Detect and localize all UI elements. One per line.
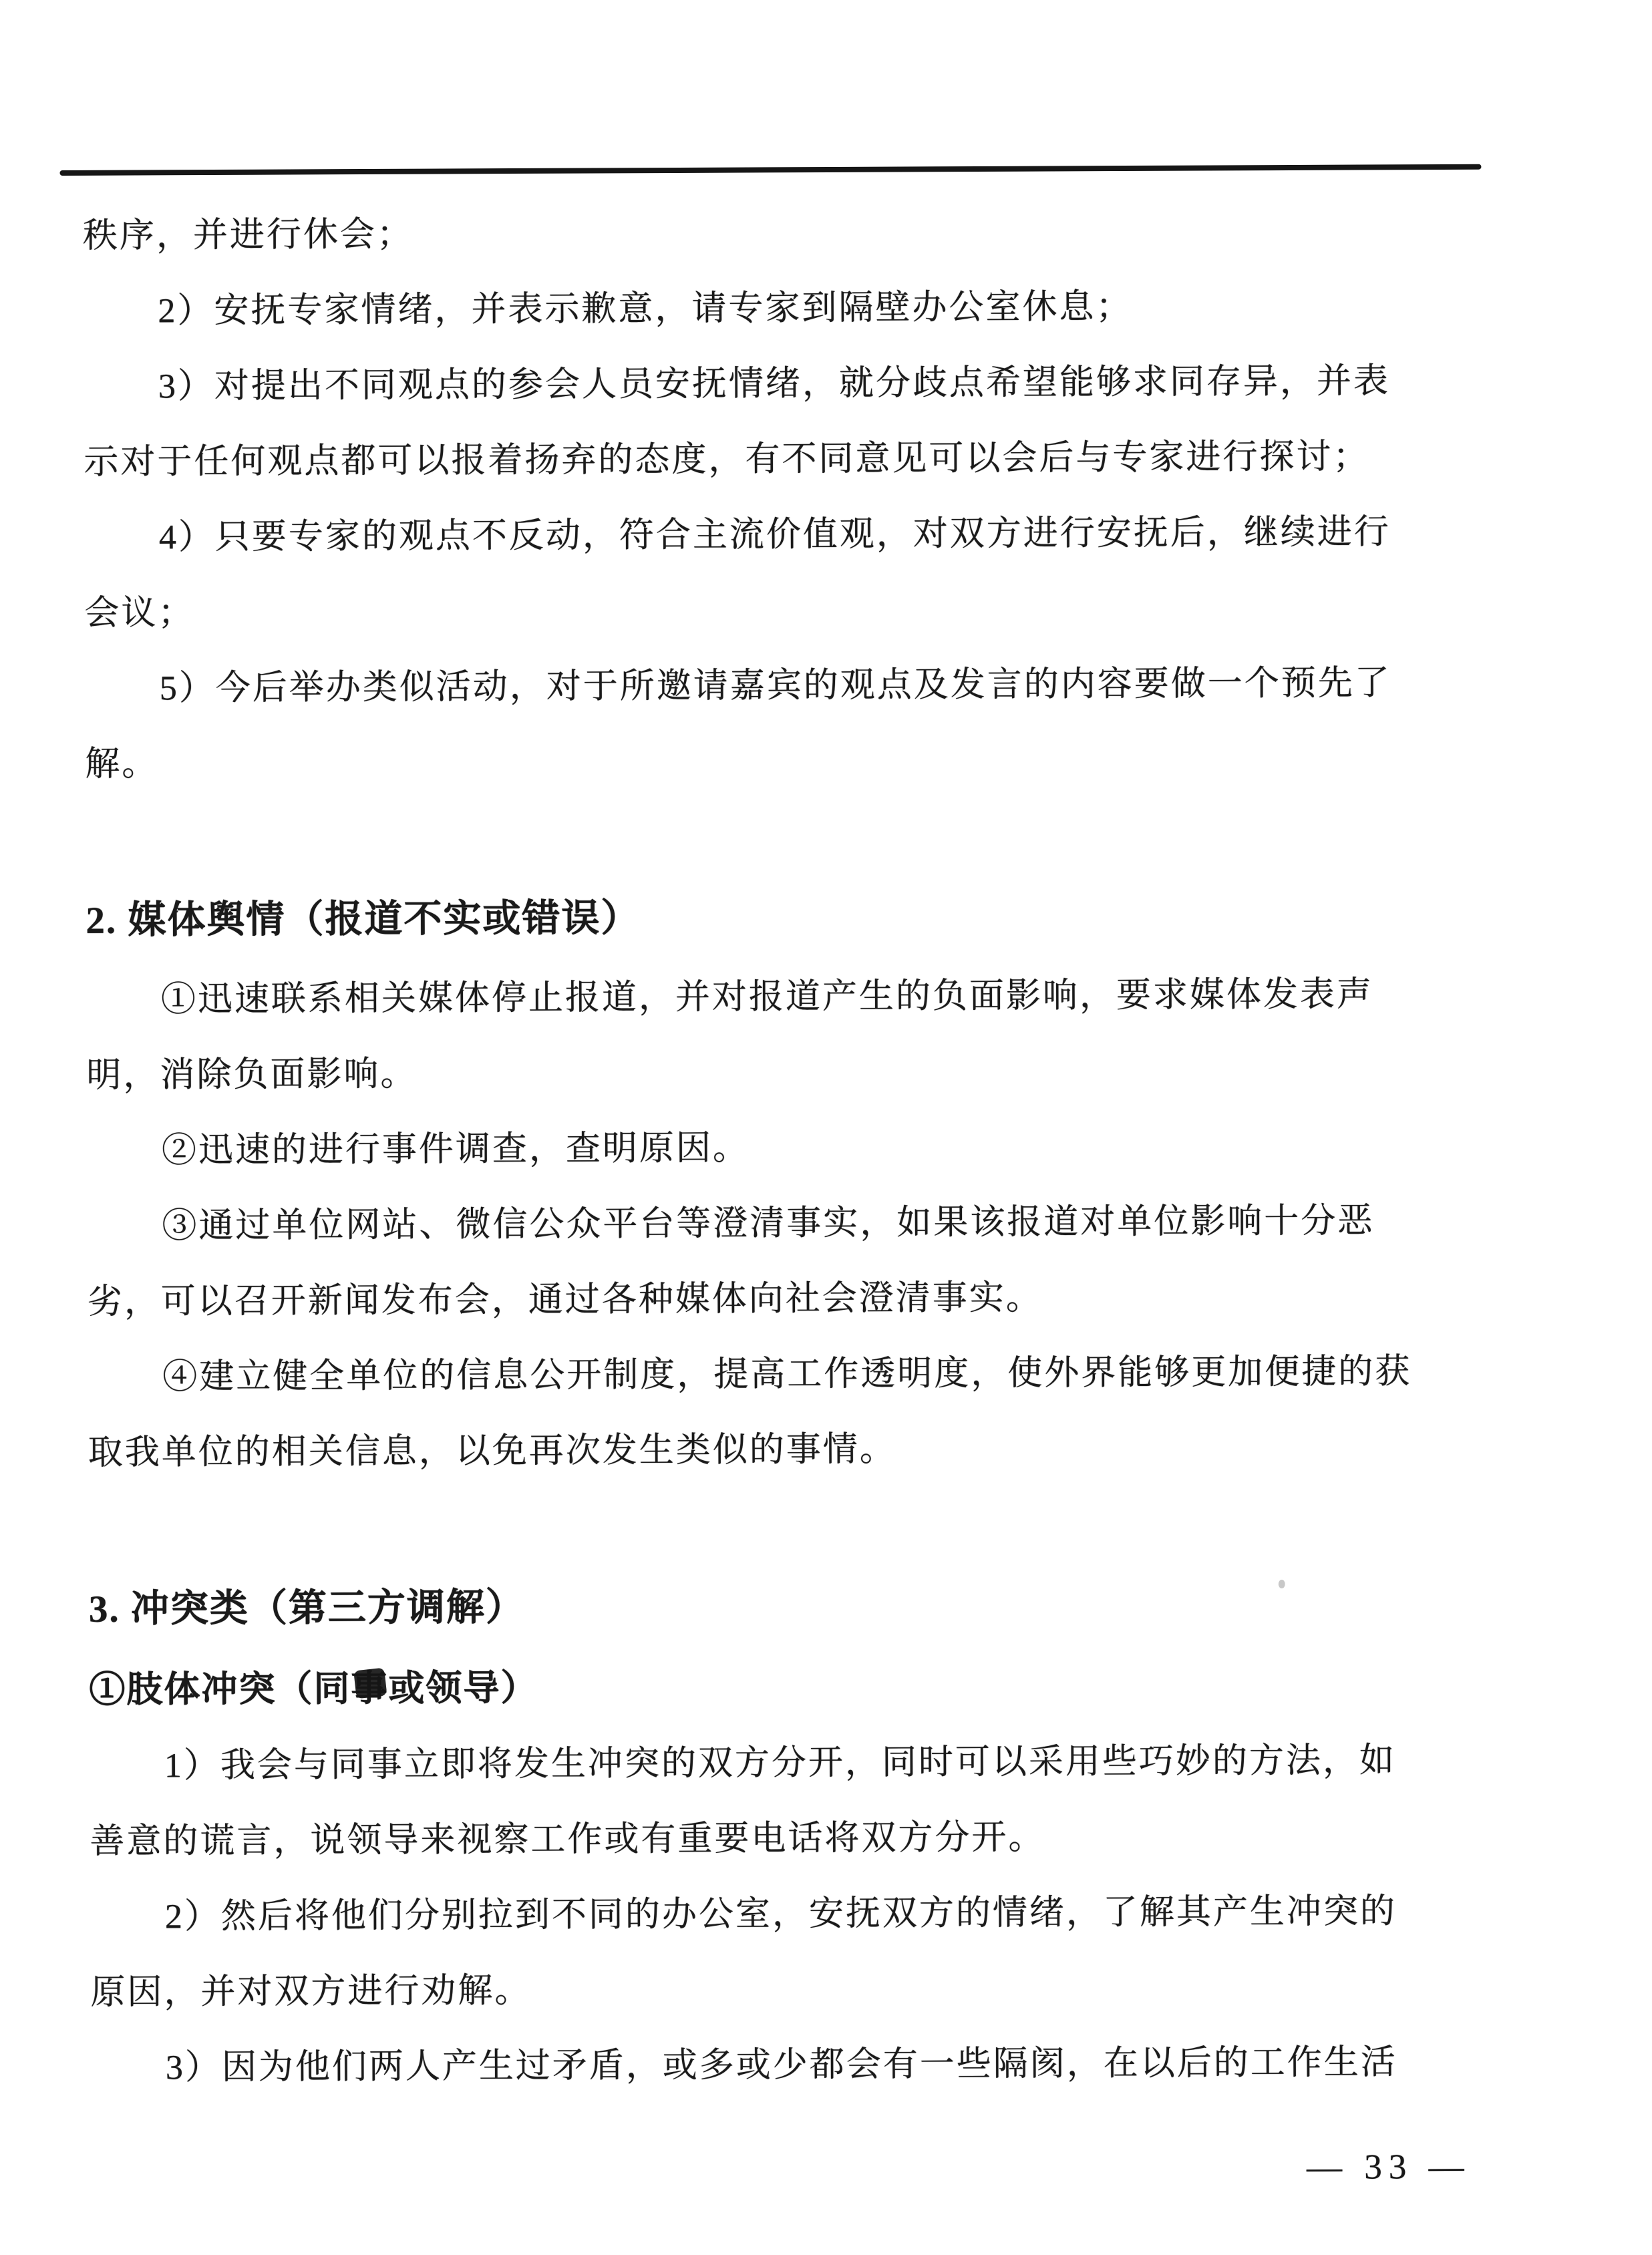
text-line: 取我单位的相关信息，以免再次发生类似的事情。 — [88, 1409, 1531, 1490]
text-line: 3）因为他们两人产生过矛盾，或多或少都会有一些隔阂，在以后的工作生活 — [91, 2024, 1534, 2105]
text-line: ②迅速的进行事件调查，查明原因。 — [87, 1107, 1530, 1188]
scan-speck — [1279, 1580, 1285, 1588]
text-line: 示对于任何观点都可以报着扬弃的态度，有不同意见可以会后与专家进行探讨； — [84, 418, 1526, 500]
text-line: ④建立健全单位的信息公开制度，提高工作透明度，使外界能够更加便捷的获 — [88, 1333, 1530, 1415]
text-line: ③通过单位网站、微信公众平台等澄清事实，如果该报道对单位影响十分恶 — [87, 1182, 1530, 1264]
header-rule — [59, 164, 1481, 176]
ink-blob-artifact — [353, 1668, 387, 1699]
text-line: 会议； — [84, 569, 1527, 651]
section-heading-media: 2. 媒体舆情（报道不实或错误） — [86, 873, 1529, 962]
text-line: ①迅速联系相关媒体停止报道，并对报道产生的负面影响，要求媒体发表声 — [86, 956, 1529, 1037]
text-line: 1）我会与同事立即将发生冲突的双方分开，同时可以采用些巧妙的方法，如 — [90, 1722, 1532, 1803]
subheading-physical-conflict: ①肢体冲突（同事或领导） — [89, 1644, 1532, 1728]
text-line: 劣，可以召开新闻发布会，通过各种媒体向社会澄清事实。 — [88, 1258, 1530, 1339]
text-line: 秩序，并进行休会； — [83, 192, 1526, 273]
page-number: — 33 — — [1307, 2147, 1471, 2188]
scan-skew-wrapper: 秩序，并进行休会； 2）安抚专家情绪，并表示歉意，请专家到隔壁办公室休息； 3）… — [0, 0, 1652, 2255]
text-line: 2）然后将他们分别拉到不同的办公室，安抚双方的情绪，了解其产生冲突的 — [90, 1873, 1533, 1954]
text-line: 明，消除负面影响。 — [86, 1031, 1529, 1113]
text-line: 3）对提出不同观点的参会人员安抚情绪，就分歧点希望能够求同存异，并表 — [84, 343, 1526, 424]
text-line: 善意的谎言，说领导来视察工作或有重要电话将双方分开。 — [90, 1797, 1532, 1879]
text-line: 4）只要专家的观点不反动，符合主流价值观，对双方进行安抚后，继续进行 — [84, 494, 1527, 575]
scanned-document-page: 秩序，并进行休会； 2）安抚专家情绪，并表示歉意，请专家到隔壁办公室休息； 3）… — [0, 0, 1652, 2255]
text-line: 2）安抚专家情绪，并表示歉意，请专家到隔壁办公室休息； — [83, 267, 1526, 349]
text-line: 解。 — [85, 720, 1528, 802]
text-line: 5）今后举办类似活动，对于所邀请嘉宾的观点及发言的内容要做一个预先了 — [85, 645, 1528, 726]
document-body: 秩序，并进行休会； 2）安抚专家情绪，并表示歉意，请专家到隔壁办公室休息； 3）… — [83, 192, 1534, 2105]
text-line: 原因，并对双方进行劝解。 — [90, 1948, 1533, 2030]
section-heading-conflict: 3. 冲突类（第三方调解） — [89, 1562, 1532, 1651]
